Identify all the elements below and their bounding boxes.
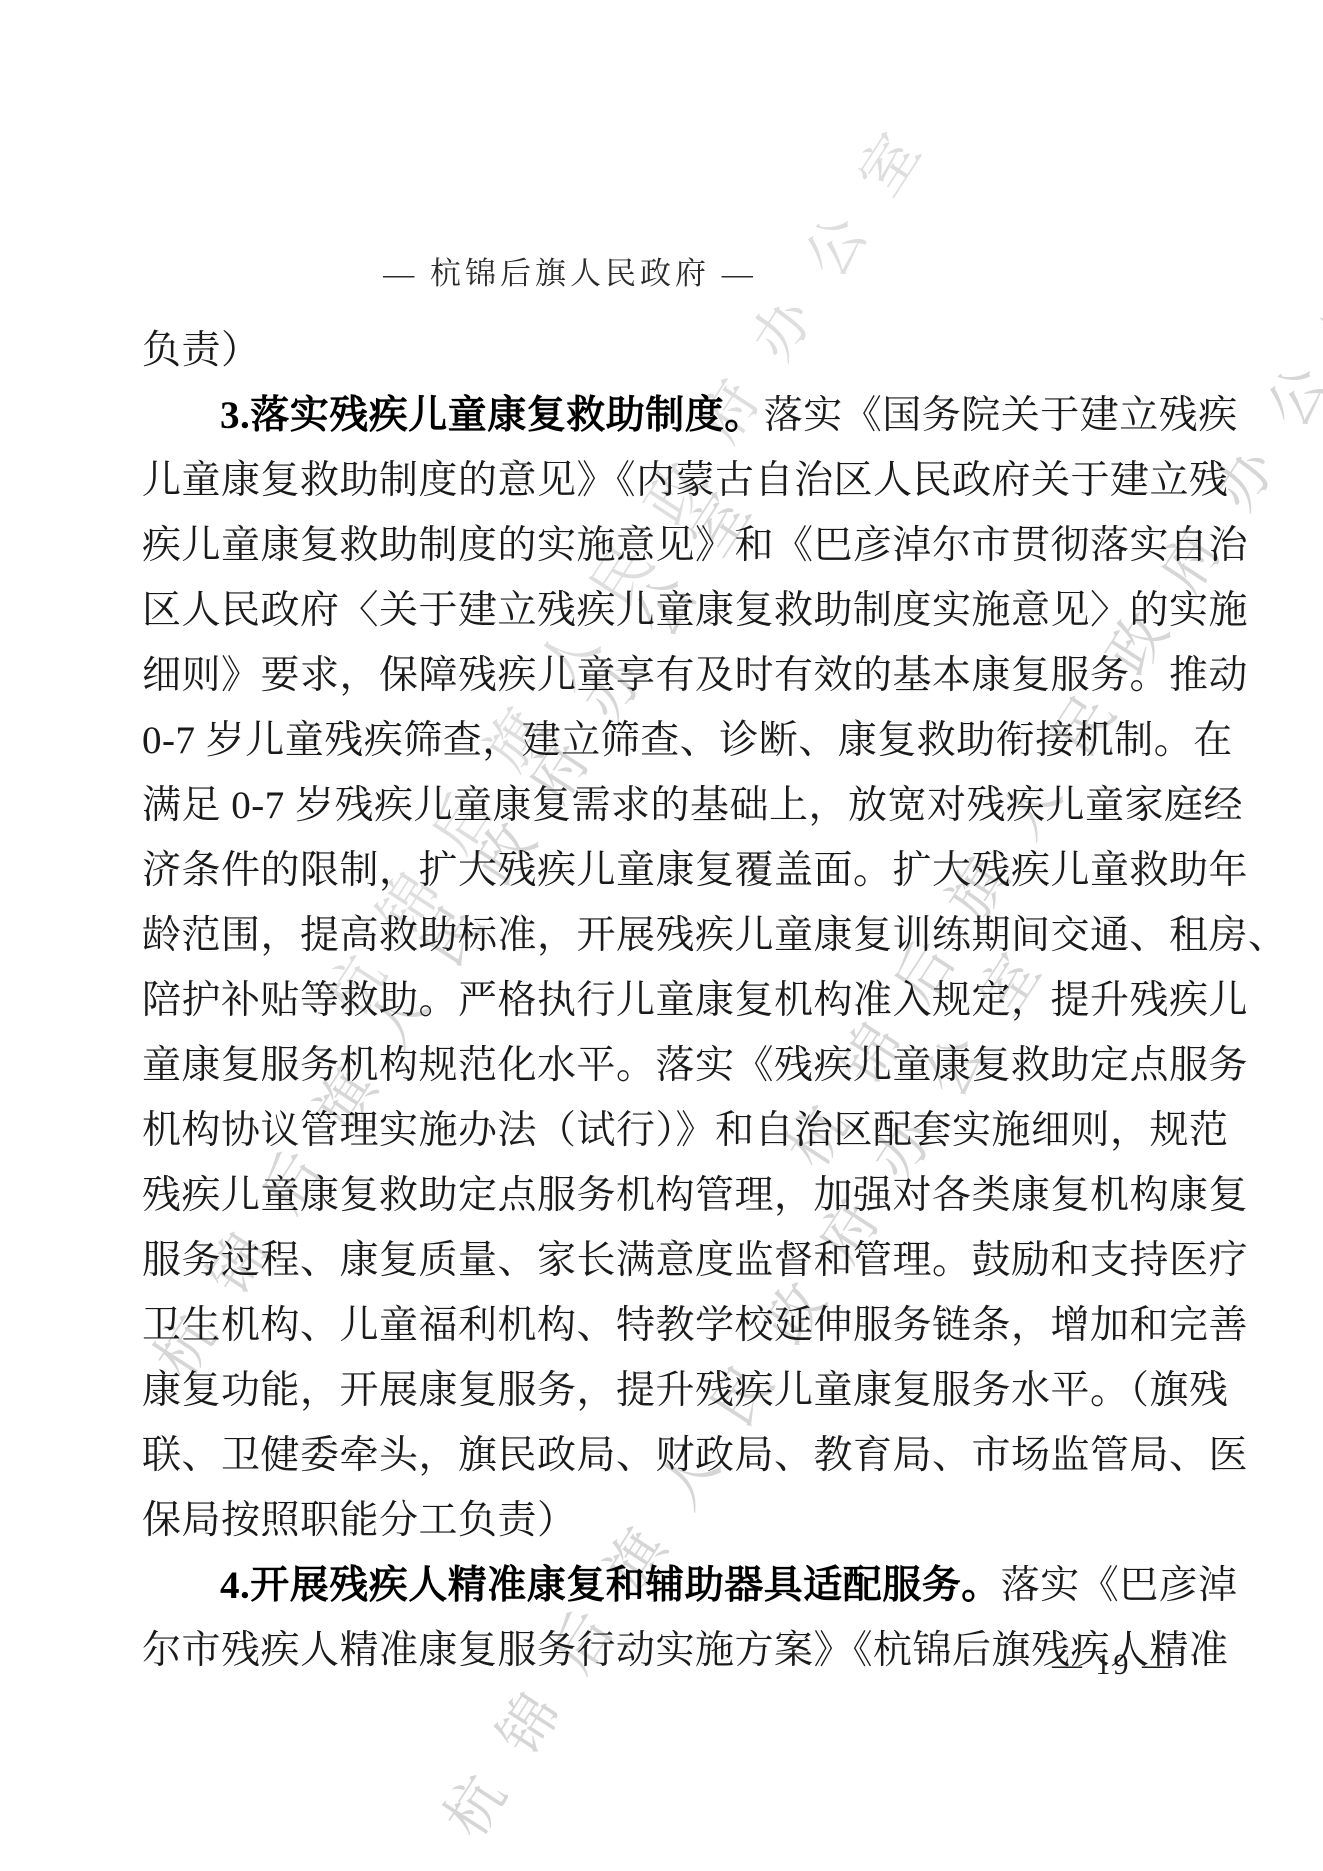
- text-run: 保局按照职能分工负责）: [142, 1499, 577, 1542]
- bold-run: 4.开展残疾人精准康复和辅助器具适配服务。: [220, 1564, 1001, 1607]
- text-run: 0-7 岁儿童残疾筛查，建立筛查、诊断、康复救助衔接机制。在: [142, 719, 1233, 762]
- text-run: 疾儿童康复救助制度的实施意见》和《巴彦淖尔市贯彻落实自治: [142, 524, 1248, 567]
- text-run: 落实《巴彦淖: [1001, 1564, 1238, 1607]
- body-line: 童康复服务机构规范化水平。落实《残疾儿童康复救助定点服务: [142, 1033, 1202, 1098]
- page-number: — 19 —: [1052, 1648, 1175, 1682]
- body-line: 区人民政府〈关于建立残疾儿童康复救助制度实施意见〉的实施: [142, 578, 1202, 643]
- body-line: 康复功能，开展康复服务，提升残疾儿童康复服务水平。（旗残: [142, 1358, 1202, 1423]
- body-line: 负责）: [142, 318, 1202, 383]
- body-line: 龄范围，提高救助标准，开展残疾儿童康复训练期间交通、租房、: [142, 903, 1202, 968]
- body-line: 服务过程、康复质量、家长满意度监督和管理。鼓励和支持医疗: [142, 1228, 1202, 1293]
- body-line: 满足 0-7 岁残疾儿童康复需求的基础上，放宽对残疾儿童家庭经: [142, 773, 1202, 838]
- text-run: 细则》要求，保障残疾儿童享有及时有效的基本康复服务。推动: [142, 654, 1248, 697]
- text-run: 童康复服务机构规范化水平。落实《残疾儿童康复救助定点服务: [142, 1044, 1248, 1087]
- body-line: 0-7 岁儿童残疾筛查，建立筛查、诊断、康复救助衔接机制。在: [142, 708, 1202, 773]
- text-run: 龄范围，提高救助标准，开展残疾儿童康复训练期间交通、租房、: [142, 914, 1288, 957]
- text-run: 康复功能，开展康复服务，提升残疾儿童康复服务水平。（旗残: [142, 1369, 1229, 1412]
- body-line: 卫生机构、儿童福利机构、特教学校延伸服务链条，增加和完善: [142, 1293, 1202, 1358]
- bold-run: 3.落实残疾儿童康复救助制度。: [220, 394, 764, 437]
- text-run: 联、卫健委牵头，旗民政局、财政局、教育局、市场监管局、医: [142, 1434, 1248, 1477]
- text-run: 济条件的限制，扩大残疾儿童康复覆盖面。扩大残疾儿童救助年: [142, 849, 1248, 892]
- body-line: 机构协议管理实施办法（试行）》和自治区配套实施细则，规范: [142, 1098, 1202, 1163]
- document-page: 杭锦后旗人民政府办公室 杭锦后旗人民政府办公室 杭锦后旗人民政府办公室 杭锦后旗…: [0, 0, 1323, 1871]
- text-run: 儿童康复救助制度的意见》《内蒙古自治区人民政府关于建立残: [142, 459, 1229, 502]
- body-line: 疾儿童康复救助制度的实施意见》和《巴彦淖尔市贯彻落实自治: [142, 513, 1202, 578]
- text-run: 落实《国务院关于建立残疾: [764, 394, 1238, 437]
- body-line: 尔市残疾人精准康复服务行动实施方案》《杭锦后旗残疾人精准: [142, 1618, 1202, 1683]
- body-line: 联、卫健委牵头，旗民政局、财政局、教育局、市场监管局、医: [142, 1423, 1202, 1488]
- text-run: 残疾儿童康复救助定点服务机构管理，加强对各类康复机构康复: [142, 1174, 1248, 1217]
- body-line: 儿童康复救助制度的意见》《内蒙古自治区人民政府关于建立残: [142, 448, 1202, 513]
- body-line: 保局按照职能分工负责）: [142, 1488, 1202, 1553]
- text-run: 区人民政府〈关于建立残疾儿童康复救助制度实施意见〉的实施: [142, 589, 1248, 632]
- text-run: 负责）: [142, 329, 261, 372]
- body-line: 3.落实残疾儿童康复救助制度。落实《国务院关于建立残疾: [142, 383, 1202, 448]
- body-line: 陪护补贴等救助。严格执行儿童康复机构准入规定，提升残疾儿: [142, 968, 1202, 1033]
- text-run: 陪护补贴等救助。严格执行儿童康复机构准入规定，提升残疾儿: [142, 979, 1248, 1022]
- text-run: 服务过程、康复质量、家长满意度监督和管理。鼓励和支持医疗: [142, 1239, 1248, 1282]
- body-line: 4.开展残疾人精准康复和辅助器具适配服务。落实《巴彦淖: [142, 1553, 1202, 1618]
- text-run: 卫生机构、儿童福利机构、特教学校延伸服务链条，增加和完善: [142, 1304, 1248, 1347]
- text-run: 机构协议管理实施办法（试行）》和自治区配套实施细则，规范: [142, 1109, 1229, 1152]
- page-header-title: — 杭锦后旗人民政府 —: [0, 248, 1140, 293]
- text-run: 满足 0-7 岁残疾儿童康复需求的基础上，放宽对残疾儿童家庭经: [142, 784, 1243, 827]
- body-line: 残疾儿童康复救助定点服务机构管理，加强对各类康复机构康复: [142, 1163, 1202, 1228]
- body-line: 细则》要求，保障残疾儿童享有及时有效的基本康复服务。推动: [142, 643, 1202, 708]
- body-line: 济条件的限制，扩大残疾儿童康复覆盖面。扩大残疾儿童救助年: [142, 838, 1202, 903]
- body-text-block: 负责）3.落实残疾儿童康复救助制度。落实《国务院关于建立残疾儿童康复救助制度的意…: [142, 318, 1202, 1683]
